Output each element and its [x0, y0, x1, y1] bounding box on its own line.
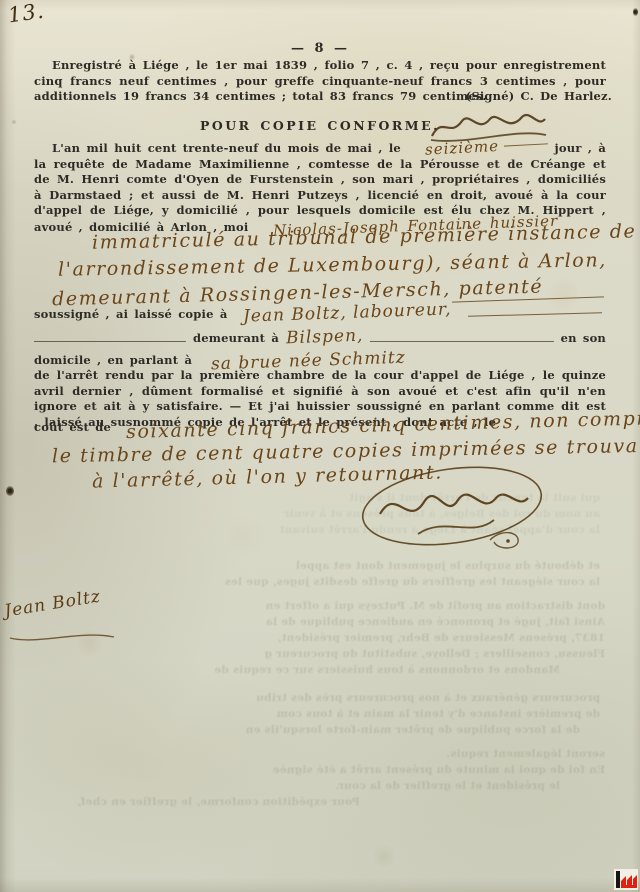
p1-text-before-day: L'an mil huit cent trente-neuf du mois d…: [52, 141, 401, 155]
registration-signed-by: (Signé) C. De Harlez.: [466, 89, 612, 105]
domicile-line: domicile , en parlant à sa brue née Schm…: [34, 349, 606, 369]
handwritten-dash-segment: [34, 332, 186, 342]
margin-folio-number: 13.: [7, 0, 46, 27]
margin-name-underline-flourish: [8, 628, 118, 646]
scanned-document-page: qui suit la teneur de l'arrêt dont il s'…: [0, 0, 640, 892]
demeurant-label: demeurant à: [193, 331, 279, 347]
scan-watermark-icon: [614, 869, 638, 890]
ghost-text-line: le président et le greffier de la cour.: [60, 780, 560, 793]
ink-blot: [6, 486, 14, 496]
ghost-text-line: de la force publique de prêter main-fort…: [60, 724, 580, 737]
edge-mark: [633, 8, 638, 16]
ghost-text-line: seront légalement requis.: [60, 748, 605, 761]
ghost-text-line: Mandons et ordonnons à tous huissiers su…: [60, 664, 560, 677]
cost-line: coût est de soixante cinq francs cinq ce…: [34, 414, 624, 436]
demeurant-line: demeurant à Bilspen, en son: [34, 327, 606, 347]
bailiff-signature-flourish: [352, 458, 552, 558]
ghost-text-line: En foi de quoi la minute du présent arrê…: [60, 764, 605, 777]
soussigne-line: soussigné , ai laissé copie à Jean Boltz…: [34, 303, 606, 323]
ghost-text-line: la cour siégeant les greffiers du greffe…: [60, 576, 600, 589]
ghost-text-line: Ainsi fait, jugé et prononcé en audience…: [60, 616, 605, 629]
body-paragraph-1: L'an mil huit cent trente-neuf du mois d…: [34, 140, 606, 236]
domicile-label: domicile , en parlant à: [34, 353, 192, 367]
soussigne-label: soussigné , ai laissé copie à: [34, 307, 228, 321]
ghost-text-line: et débouté du surplus le jugement dont e…: [60, 560, 600, 573]
ghost-text-line: dont distraction au profit de M. Putzeys…: [60, 600, 605, 613]
handwritten-residence: Bilspen,: [286, 326, 364, 349]
cost-label: coût est de: [34, 420, 111, 434]
ghost-text-line: procureurs généraux et à nos procureurs …: [60, 692, 600, 705]
ghost-text-line: 1837, présens Messieurs de Behr, premier…: [60, 632, 605, 645]
ghost-text-line: Fleussu, conseillers ; Delloye, substitu…: [60, 648, 605, 661]
ghost-text-line: de première instance d'y tenir la main e…: [60, 708, 600, 721]
en-son-label: en son: [561, 331, 606, 347]
ghost-text-line: Pour expédition conforme, le greffier en…: [60, 796, 360, 809]
page-number: — 8 —: [0, 41, 640, 57]
handwritten-recipient-name: Jean Boltz, laboureur,: [242, 299, 451, 326]
handwritten-dash-segment: [370, 332, 553, 342]
